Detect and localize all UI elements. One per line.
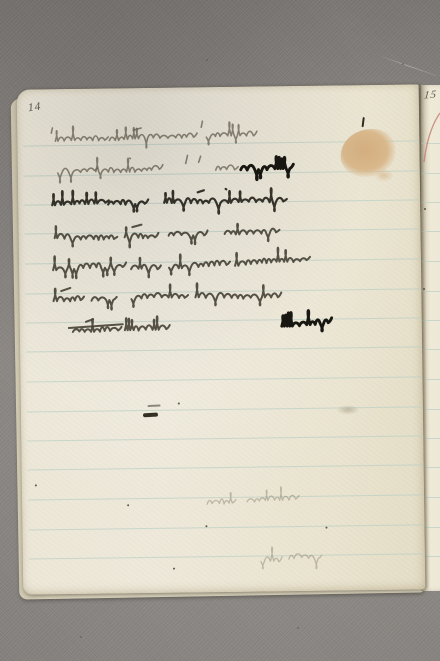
- scratch-mark: [378, 55, 437, 76]
- handwriting-stroke: [53, 255, 126, 278]
- handwriting-stroke: [53, 288, 84, 301]
- ink-speck: [205, 525, 207, 527]
- handwriting-row-2: [58, 154, 294, 183]
- dust-speck: [402, 63, 404, 65]
- handwriting-stroke: [131, 284, 188, 307]
- handwriting-smudge-row-b: [261, 546, 322, 569]
- handwriting-stroke: [164, 188, 287, 214]
- handwriting-row-4: [54, 223, 279, 249]
- handwriting-stroke: [91, 297, 116, 310]
- handwriting-row-5: [53, 247, 310, 279]
- handwriting-stroke: [108, 200, 148, 212]
- handwriting-stroke: [169, 230, 208, 244]
- handwriting-stroke: [51, 128, 52, 133]
- ink-dash-mark: [143, 413, 158, 417]
- handwriting-stroke: [206, 122, 257, 145]
- handwriting-stroke: [241, 156, 294, 180]
- handwriting-stroke: [186, 155, 188, 163]
- handwriting-row-3: [52, 188, 287, 216]
- handwriting-stroke: [109, 126, 197, 148]
- ink-speck: [173, 568, 175, 570]
- red-pencil-curve: [424, 113, 440, 162]
- handwriting-stroke: [169, 254, 230, 276]
- handwriting-stroke: [224, 223, 279, 242]
- handwriting-stroke: [199, 156, 201, 162]
- dust-speck: [297, 627, 299, 629]
- handwriting-stroke: [207, 492, 236, 504]
- handwriting-stroke: [55, 126, 108, 141]
- dust-speck: [206, 59, 208, 61]
- photo-backdrop: 15 14: [0, 0, 440, 661]
- handwriting-stroke: [195, 282, 281, 306]
- ink-speck: [424, 208, 426, 210]
- handwriting-smudge-row-a: [207, 486, 299, 504]
- ink-speck: [178, 403, 180, 405]
- left-page: 14: [17, 84, 426, 594]
- ink-speck: [325, 527, 327, 529]
- handwriting-stroke: [132, 225, 141, 228]
- ink-speck: [35, 484, 37, 486]
- handwriting-stroke: [201, 121, 202, 127]
- handwriting-stroke: [96, 157, 163, 179]
- handwriting-row-1: [51, 121, 257, 150]
- ink-speck: [423, 288, 425, 290]
- handwriting-stroke: [125, 316, 170, 331]
- handwriting-stroke: [55, 225, 118, 246]
- handwriting-stroke: [289, 553, 322, 569]
- handwriting-stroke: [235, 247, 310, 266]
- page-number-right: 15: [423, 89, 437, 102]
- handwriting-stroke: [125, 227, 159, 248]
- handwriting-stroke: [247, 486, 299, 502]
- handwriting-stroke: [216, 165, 238, 170]
- handwriting-ink: [17, 84, 426, 594]
- handwriting-stroke: [131, 257, 161, 277]
- handwriting-stroke: [282, 310, 332, 331]
- ink-speck: [127, 504, 129, 506]
- handwriting-row-7: [69, 310, 332, 334]
- handwriting-stroke: [52, 190, 109, 205]
- handwriting-stroke: [261, 547, 283, 569]
- handwriting-row-6: [53, 282, 281, 310]
- dust-speck: [80, 636, 82, 638]
- handwriting-stroke: [58, 168, 98, 183]
- handwriting-stroke: [61, 288, 70, 291]
- handwriting-stroke: [198, 190, 204, 192]
